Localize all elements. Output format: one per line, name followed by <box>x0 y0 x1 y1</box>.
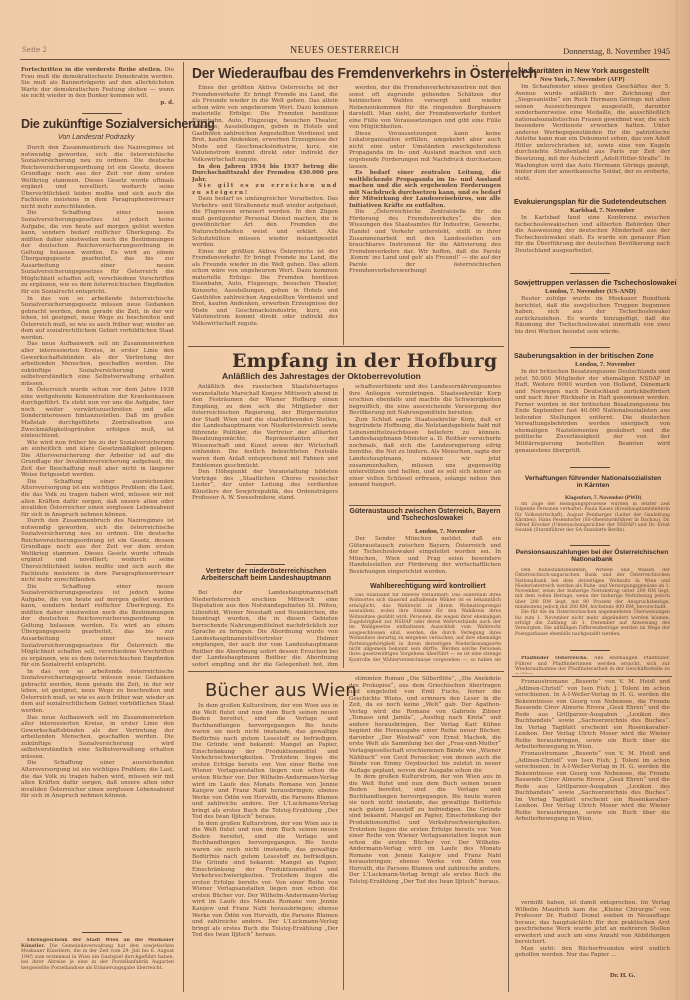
headline-evakuierung: Evakuierungsplan für die Sudetendeutsche… <box>514 197 666 206</box>
section-rule <box>349 505 501 506</box>
subheadline-hofburg: Anläßlich des Jahrestages der Oktoberrev… <box>222 371 421 381</box>
headline-vertreter: Vertreter der niederösterreichischen Arb… <box>196 568 336 582</box>
separator <box>570 347 610 348</box>
separator <box>570 467 610 468</box>
separator <box>245 564 285 565</box>
article-buecher-col-c: Fronaustromane „Besente“ von V. M. Heidl… <box>515 679 670 899</box>
signature-buecher: Dr. H. G. <box>610 972 635 979</box>
page-number: Seite 2 <box>22 46 47 54</box>
separator <box>570 273 610 274</box>
dateline-saeuberung: London, 7. November <box>575 361 635 368</box>
separator <box>82 932 122 933</box>
article-pfadfinder: Pfadfinder Österreichs. Alle ehemaligen … <box>515 656 670 674</box>
newspaper-page: Seite 2 NEUES OESTERREICH Donnerstag, 8.… <box>0 0 690 1000</box>
dateline-sowjettruppen: London, 7. November (US-AND) <box>545 288 636 295</box>
article-verhaftungen: Im Zuge der Reinigungsprozesse wurden in… <box>515 502 670 540</box>
article-hofburg-col-b: schaftsverbände und des Landesernährungs… <box>349 384 501 502</box>
headline-wahlberechtigung: Wahlberechtigung wird kontrolliert <box>370 583 486 590</box>
article-fremdenverkehr-col-b: werden, der die Fremdenverkehrszentren m… <box>349 85 501 343</box>
headline-naziraritaeten: Naziraritäten in New York ausgestellt <box>518 66 649 75</box>
separator <box>405 580 445 581</box>
headline-fremdenverkehr: Der Wiederaufbau des Fremdenverkehrs in … <box>192 65 537 82</box>
article-buecher-col-b: stimmten Roman „Die Silberflöte“, „Die A… <box>349 676 501 994</box>
headline-sozialversicherung: Die zukünftige Sozialversicherung <box>21 117 215 131</box>
article-fremdenverkehr-col-a: Eines der größten Aktiva Österreichs ist… <box>192 85 338 343</box>
article-ehrengeschenk: Ehrengeschenk der Stadt Wien an die Mosk… <box>21 938 174 978</box>
separator <box>570 545 610 546</box>
article-sowjettruppen: Reuter zufolge wurde im Moskauer Rundfun… <box>515 296 670 342</box>
separator <box>570 650 610 651</box>
headline-pensionen: Pensionsauszahlungen bei der Österreichi… <box>512 549 672 563</box>
column-rule <box>183 62 184 992</box>
article-hofburg-col-a: Anläßlich des russischen Staatsfeiertage… <box>192 384 338 556</box>
headline-saeuberung: Säuberungsaktion in der britischen Zone <box>514 351 654 360</box>
newspaper-name: NEUES OESTERREICH <box>290 45 399 56</box>
headline-sowjettruppen: Sowjettruppen verlassen die Tschechoslow… <box>514 278 676 287</box>
article-frau-end: Fortschritten in die vorderste Reihe ste… <box>21 67 174 109</box>
headline-gueteraustausch: Güteraustausch zwischen Österreich, Baye… <box>349 508 501 522</box>
section-rule <box>512 676 672 677</box>
article-gueteraustausch: Der Sender München meldet, daß ein Güter… <box>349 536 501 576</box>
article-sozialversicherung: Durch den Zusammenbruch des Naziregimes … <box>21 145 174 920</box>
separator <box>82 113 122 114</box>
column-rule <box>508 62 509 992</box>
dateline-evakuierung: Karlsbad, 7. November <box>570 207 635 214</box>
dateline-verhaftungen: Klagenfurt, 7. November (PWD) <box>565 495 641 501</box>
section-rule <box>188 671 504 672</box>
column-rule <box>343 110 344 345</box>
article-saeuberung: In der britischen Besatzungszone Deutsch… <box>515 369 670 461</box>
masthead: Seite 2 NEUES OESTERREICH Donnerstag, 8.… <box>20 45 670 60</box>
column-rule <box>343 388 344 668</box>
headline-buecher: Bücher aus Wien <box>205 680 357 701</box>
article-buecher-col-a: In dem großen Kulturstrom, der von Wien … <box>192 703 338 993</box>
article-naziraritaeten: Im Schaufenster eines großen Geschäftes … <box>515 84 670 192</box>
issue-date: Donnerstag, 8. November 1945 <box>563 46 670 56</box>
article-vertreter: Bei der Landeshauptmannschaft Niederöste… <box>192 590 338 668</box>
article-wahlberechtigung: Das Staatsamt für Inneres verlautbart: D… <box>349 593 501 663</box>
article-pensionen: Den Ruhestandsbeamten, Witwen und Waisen… <box>515 568 670 644</box>
column-rule <box>343 700 344 990</box>
article-evakuierung: In Karlsbad fand eine Konferenz zwischen… <box>515 215 670 267</box>
headline-verhaftungen: Verhaftungen führender Nationalsozialist… <box>518 475 668 489</box>
dateline-naziraritaeten: New York, 7. November (AFP) <box>540 76 624 83</box>
page-fold-edge <box>676 0 678 1000</box>
headline-hofburg: Empfang in der Hofburg <box>232 350 497 372</box>
article-buecher-col-d: vermißt haben, ist damit entsprochen. Im… <box>515 900 670 970</box>
section-rule <box>188 346 504 347</box>
dateline-gueteraustausch: London, 7. November <box>415 528 475 535</box>
byline-sozialversicherung: Von Landesrat Podrazky <box>58 134 134 141</box>
